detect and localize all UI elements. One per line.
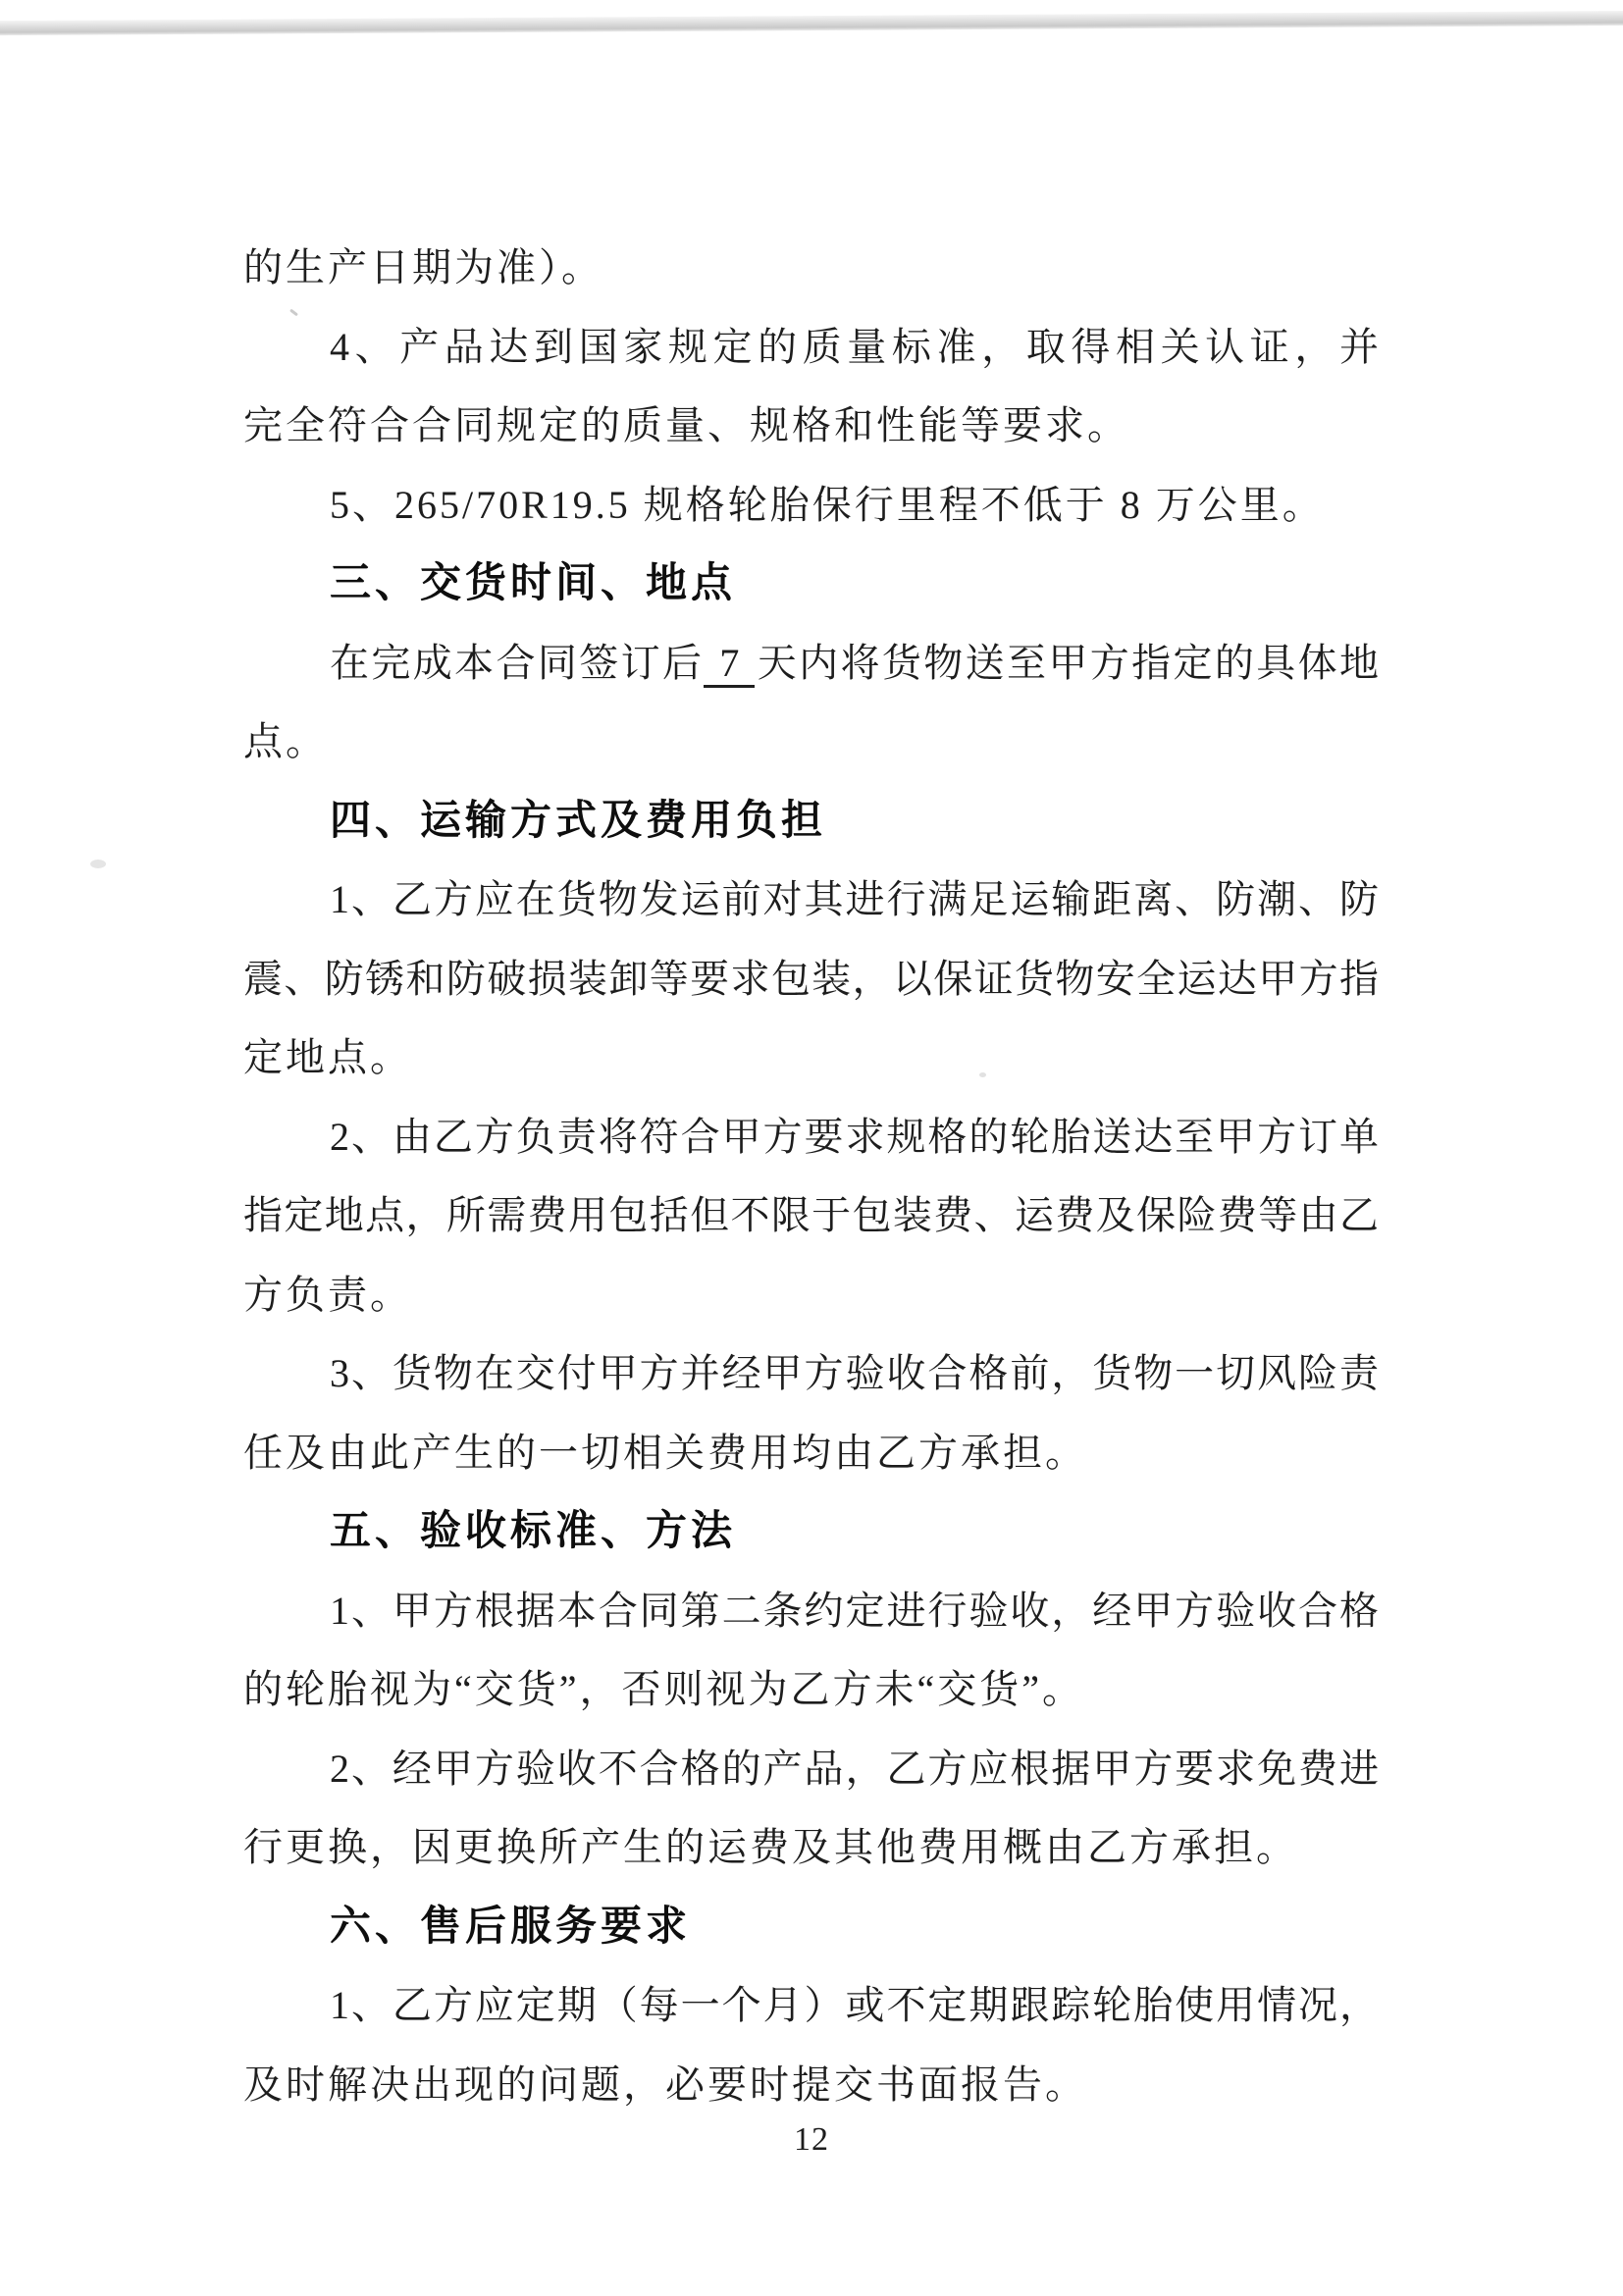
section-heading-acceptance: 五、验收标准、方法	[243, 1492, 1379, 1572]
paragraph-line-delivery-days: 在完成本合同签订后7天内将货物送至甲方指定的具体地	[243, 624, 1379, 704]
scanned-contract-page: 的生产日期为准）。 4、产品达到国家规定的质量标准，取得相关认证，并 完全符合合…	[0, 0, 1623, 2296]
section-heading-delivery-time-place: 三、交货时间、地点	[243, 545, 1379, 624]
paragraph-line: 的轮胎视为“交货”，否则视为乙方未“交货”。	[243, 1650, 1379, 1730]
section-heading-transport-cost: 四、运输方式及费用负担	[243, 782, 1379, 861]
paragraph-line-item-5: 5、265/70R19.5 规格轮胎保行里程不低于 8 万公里。	[243, 466, 1379, 546]
scan-artifact-top-streak	[0, 11, 1623, 35]
delivery-line-prefix: 在完成本合同签订后	[330, 641, 704, 685]
paragraph-line: 行更换，因更换所产生的运费及其他费用概由乙方承担。	[243, 1808, 1379, 1888]
delivery-line-suffix: 天内将货物送至甲方指定的具体地	[755, 641, 1379, 685]
paragraph-line: 完全符合合同规定的质量、规格和性能等要求。	[243, 387, 1379, 466]
contract-body-text: 的生产日期为准）。 4、产品达到国家规定的质量标准，取得相关认证，并 完全符合合…	[243, 229, 1379, 2124]
paragraph-line-item-4: 4、产品达到国家规定的质量标准，取得相关认证，并	[243, 308, 1379, 388]
paragraph-line-item-3: 3、货物在交付甲方并经甲方验收合格前，货物一切风险责	[243, 1334, 1379, 1414]
paragraph-line: 震、防锈和防破损装卸等要求包装，以保证货物安全运达甲方指	[243, 940, 1379, 1019]
paragraph-line-item-1: 1、甲方根据本合同第二条约定进行验收，经甲方验收合格	[243, 1572, 1379, 1651]
paragraph-line: 及时解决出现的问题，必要时提交书面报告。	[243, 2046, 1379, 2125]
paragraph-line-item-1: 1、乙方应在货物发运前对其进行满足运输距离、防潮、防	[243, 861, 1379, 940]
paragraph-line: 任及由此产生的一切相关费用均由乙方承担。	[243, 1414, 1379, 1493]
paragraph-line-item-2: 2、经甲方验收不合格的产品，乙方应根据甲方要求免费进	[243, 1730, 1379, 1809]
scan-speck	[90, 860, 106, 868]
paragraph-line: 定地点。	[243, 1018, 1379, 1098]
paragraph-line: 的生产日期为准）。	[243, 229, 1379, 308]
paragraph-line: 点。	[243, 703, 1379, 782]
paragraph-line-item-1: 1、乙方应定期（每一个月）或不定期跟踪轮胎使用情况，	[243, 1966, 1379, 2046]
page-number: 12	[0, 2115, 1623, 2165]
section-heading-after-sales: 六、售后服务要求	[243, 1888, 1379, 1967]
paragraph-line: 指定地点，所需费用包括但不限于包装费、运费及保险费等由乙	[243, 1176, 1379, 1256]
paragraph-line: 方负责。	[243, 1256, 1379, 1335]
paragraph-line-item-2: 2、由乙方负责将符合甲方要求规格的轮胎送达至甲方订单	[243, 1098, 1379, 1177]
underlined-days-value: 7	[704, 641, 755, 688]
